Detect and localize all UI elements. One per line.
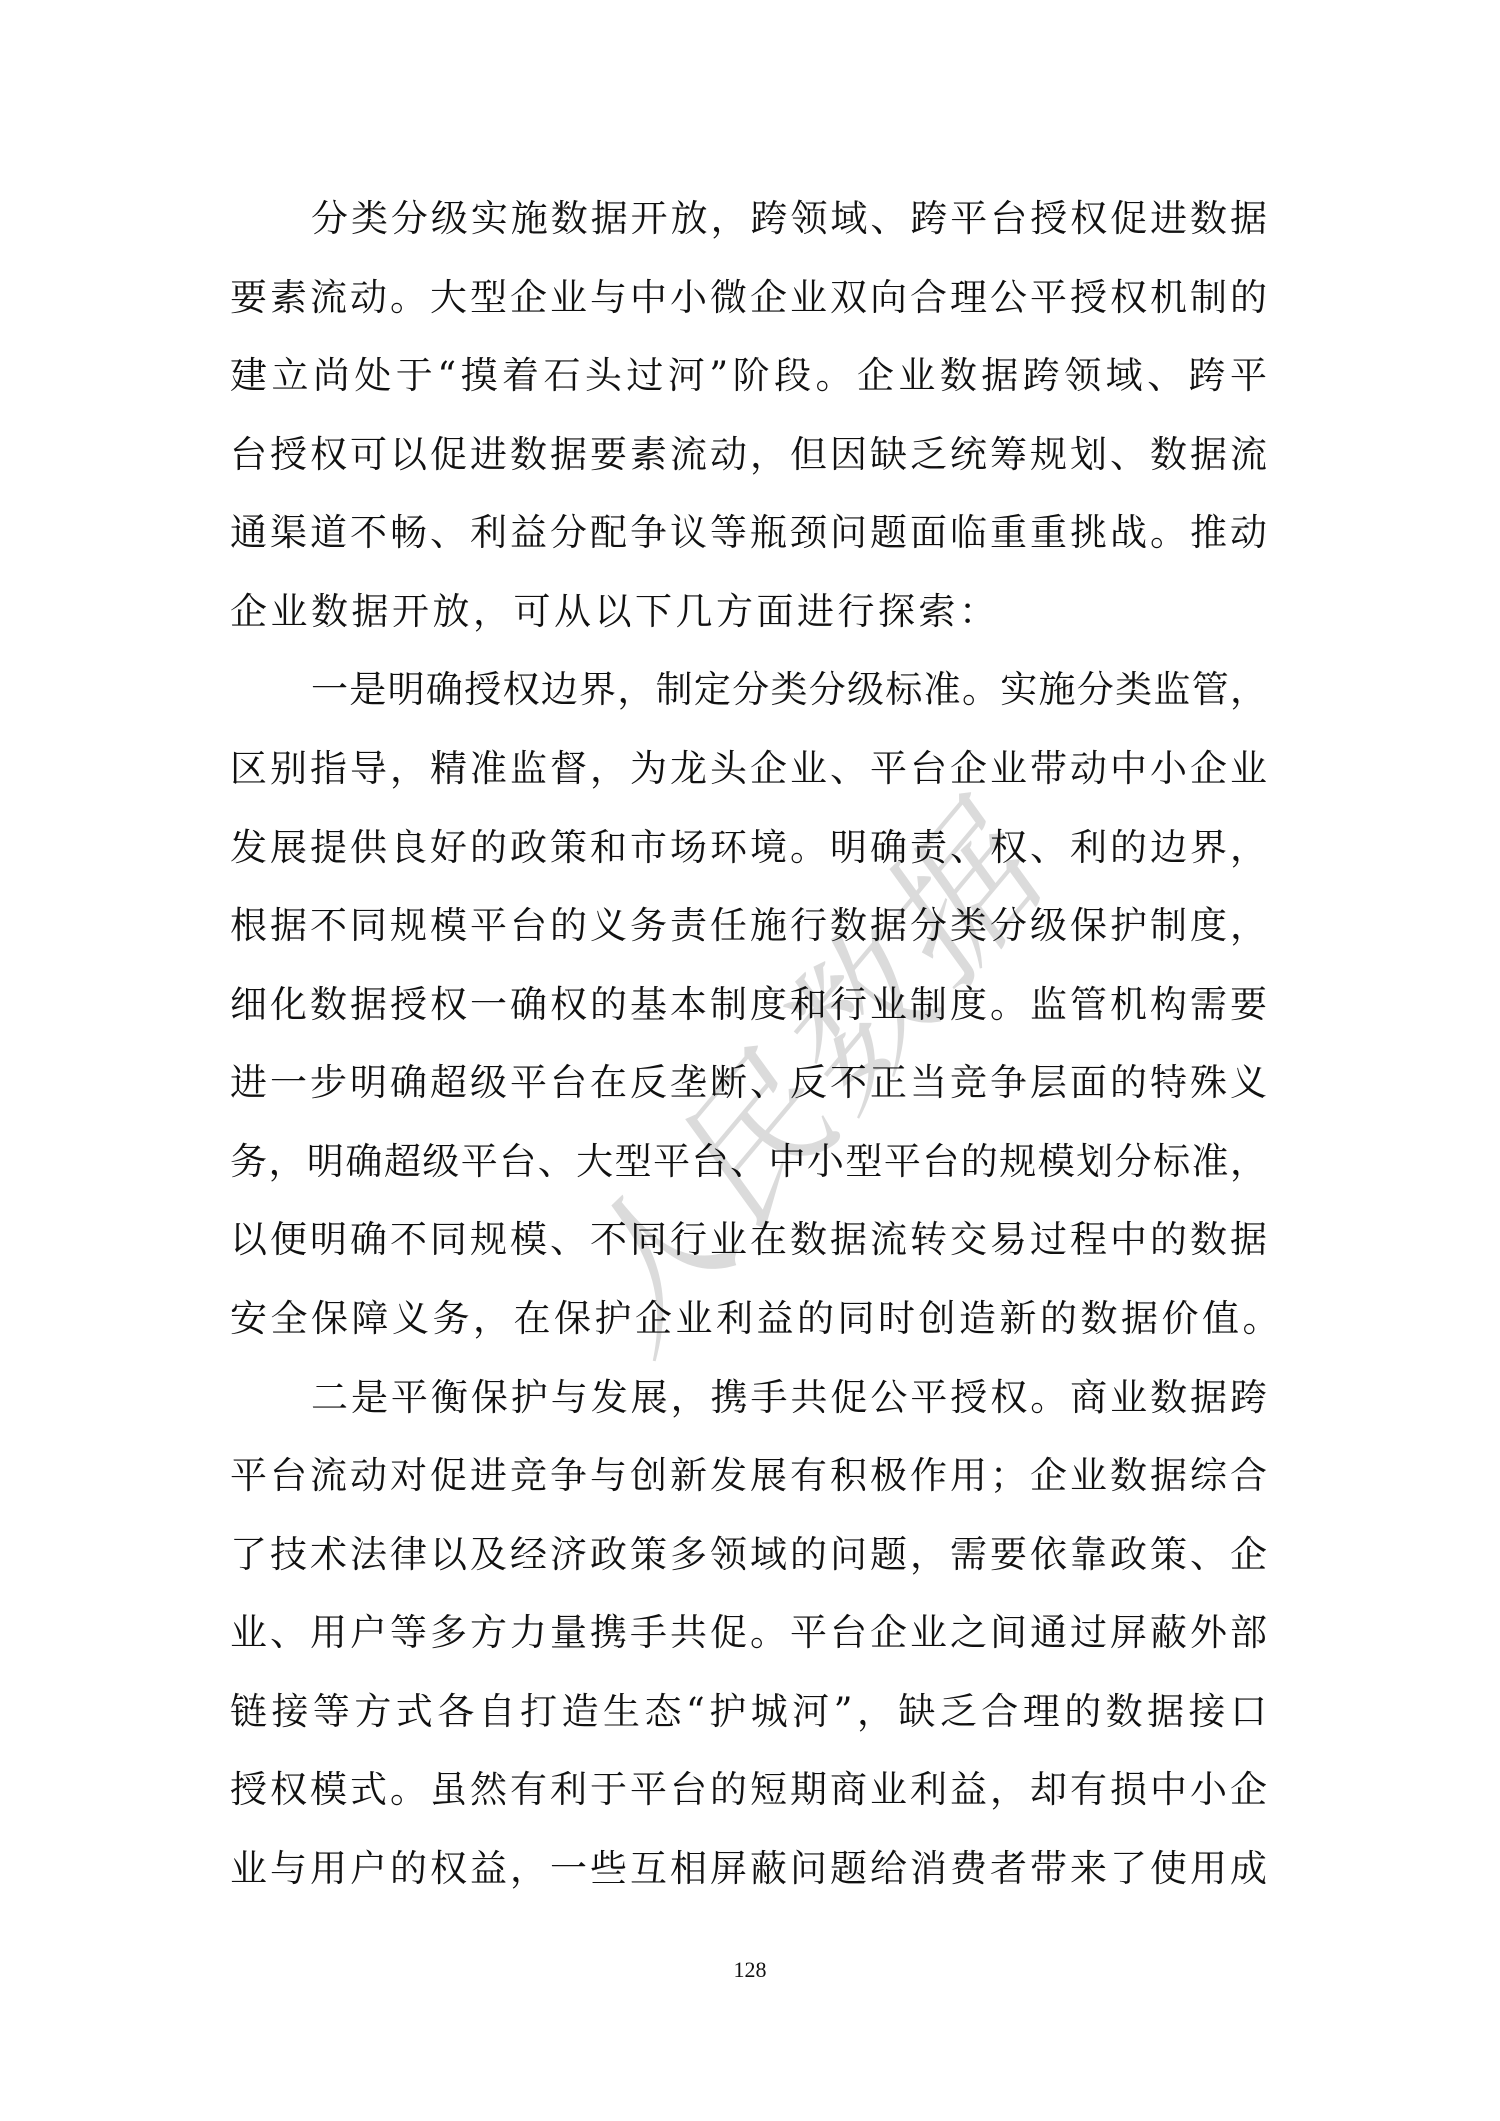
paragraph-1-line-5: 通渠道不畅、利益分配争议等瓶颈问题面临重重挑战。推动 bbox=[230, 509, 1268, 557]
page-number: 128 bbox=[0, 1956, 1500, 1984]
paragraph-3-line-6: 授权模式。虽然有利于平台的短期商业利益，却有损中小企 bbox=[230, 1766, 1268, 1814]
paragraph-2-line-3: 发展提供良好的政策和市场环境。明确责、权、利的边界， bbox=[230, 824, 1268, 872]
paragraph-2-line-8: 以便明确不同规模、不同行业在数据流转交易过程中的数据 bbox=[230, 1216, 1268, 1264]
paragraph-3-line-1: 二是平衡保护与发展，携手共促公平授权。商业数据跨 bbox=[311, 1374, 1268, 1422]
paragraph-2-line-1: 一是明确授权边界，制定分类分级标准。实施分类监管， bbox=[311, 666, 1268, 714]
paragraph-1-line-6: 企业数据开放，可从以下几方面进行探索： bbox=[230, 588, 1268, 636]
paragraph-3-line-3: 了技术法律以及经济政策多领域的问题，需要依靠政策、企 bbox=[230, 1531, 1268, 1579]
paragraph-1-line-1: 分类分级实施数据开放，跨领域、跨平台授权促进数据 bbox=[311, 195, 1268, 243]
paragraph-3-line-4: 业、用户等多方力量携手共促。平台企业之间通过屏蔽外部 bbox=[230, 1609, 1268, 1657]
paragraph-3-line-7: 业与用户的权益，一些互相屏蔽问题给消费者带来了使用成 bbox=[230, 1845, 1268, 1893]
document-page: 人民数据 分类分级实施数据开放，跨领域、跨平台授权促进数据 要素流动。大型企业与… bbox=[0, 0, 1500, 2121]
paragraph-1-line-3: 建立尚处于“摸着石头过河”阶段。企业数据跨领域、跨平 bbox=[230, 352, 1268, 400]
paragraph-2-line-7: 务，明确超级平台、大型平台、中小型平台的规模划分标准， bbox=[230, 1138, 1268, 1186]
paragraph-1-line-2: 要素流动。大型企业与中小微企业双向合理公平授权机制的 bbox=[230, 274, 1268, 322]
paragraph-3-line-5: 链接等方式各自打造生态“护城河”，缺乏合理的数据接口 bbox=[230, 1688, 1268, 1736]
paragraph-2-line-4: 根据不同规模平台的义务责任施行数据分类分级保护制度， bbox=[230, 902, 1268, 950]
paragraph-2-line-9: 安全保障义务，在保护企业利益的同时创造新的数据价值。 bbox=[230, 1295, 1268, 1343]
paragraph-1-line-4: 台授权可以促进数据要素流动，但因缺乏统筹规划、数据流 bbox=[230, 431, 1268, 479]
paragraph-3-line-2: 平台流动对促进竞争与创新发展有积极作用；企业数据综合 bbox=[230, 1452, 1268, 1500]
paragraph-2-line-6: 进一步明确超级平台在反垄断、反不正当竞争层面的特殊义 bbox=[230, 1059, 1268, 1107]
paragraph-2-line-5: 细化数据授权一确权的基本制度和行业制度。监管机构需要 bbox=[230, 981, 1268, 1029]
paragraph-2-line-2: 区别指导，精准监督，为龙头企业、平台企业带动中小企业 bbox=[230, 745, 1268, 793]
